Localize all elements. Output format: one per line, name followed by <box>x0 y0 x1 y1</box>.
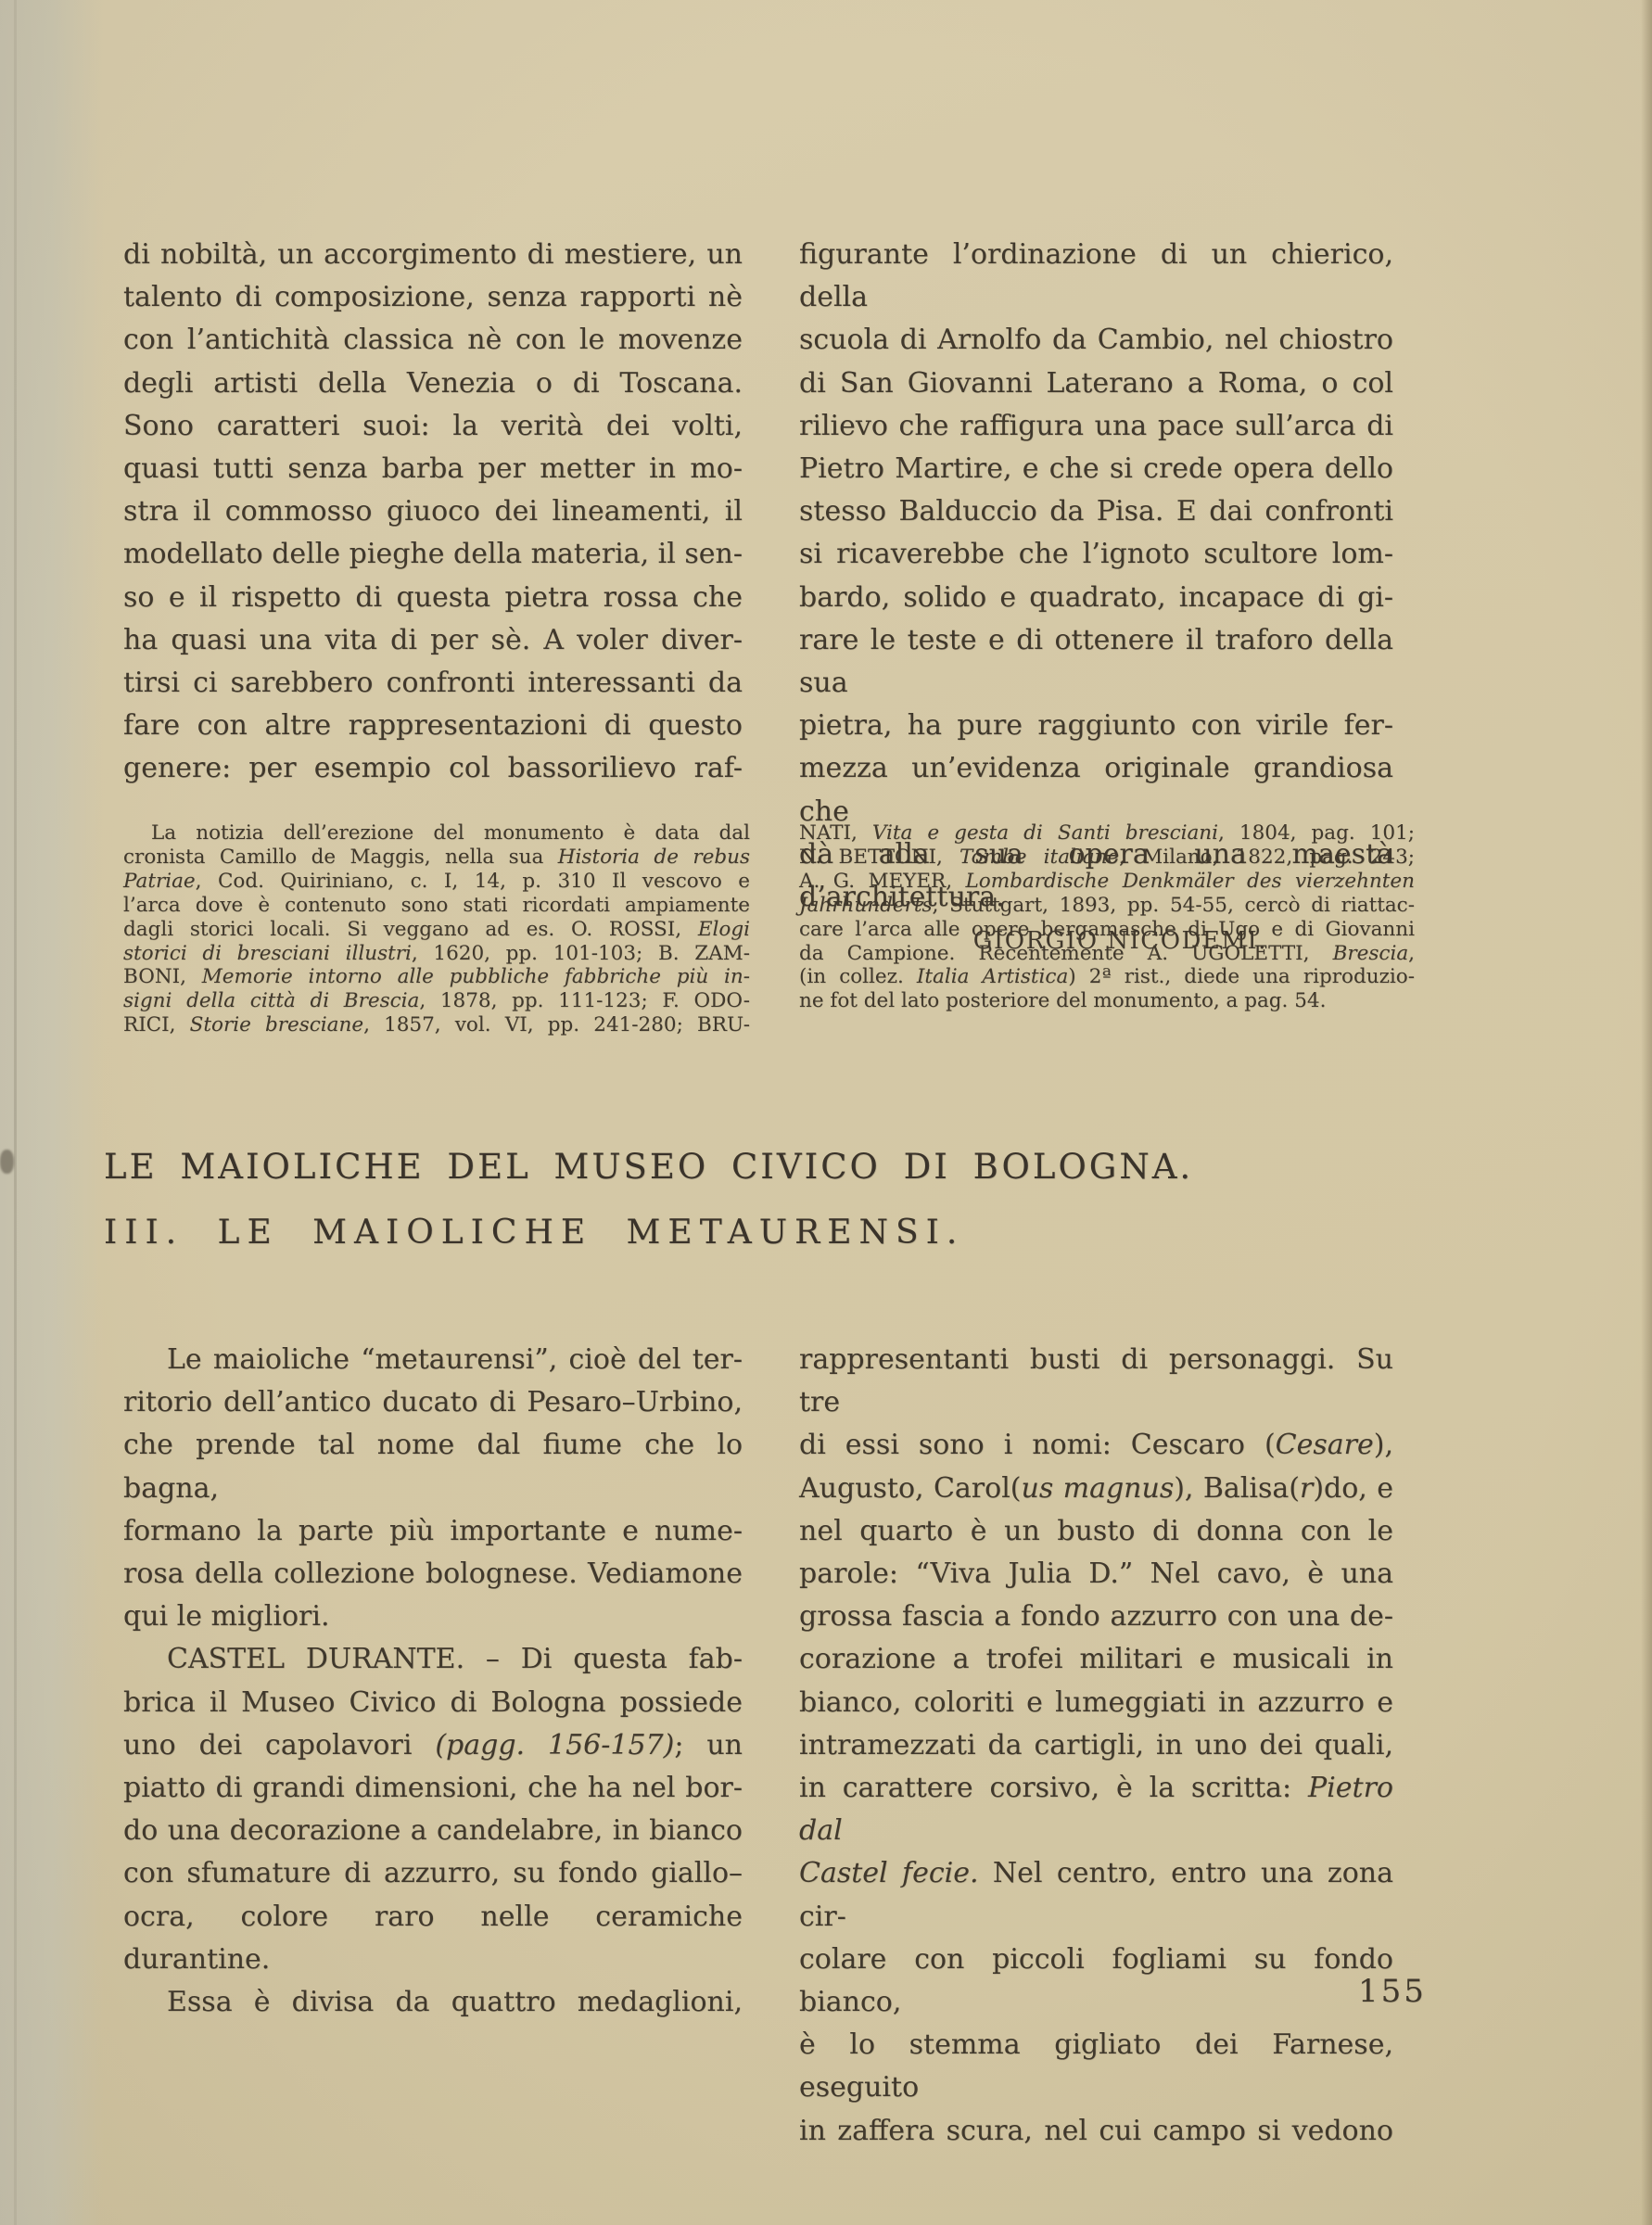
text-line: è lo stemma gigliato dei Farnese, esegui… <box>799 2024 1393 2109</box>
text-line: da Campione. Recentemente A. UGOLETTI, B… <box>799 942 1415 966</box>
text-line: storici di bresciani illustri, 1620, pp.… <box>123 942 750 966</box>
scan-edge-smudge <box>0 1150 14 1174</box>
text-line: rosa della collezione bolognese. Vediamo… <box>123 1553 743 1596</box>
text-line: tirsi ci sarebbero confronti interessant… <box>123 662 743 705</box>
text-line: parole: “Viva Julia D.” Nel cavo, è una <box>799 1553 1393 1596</box>
footnote-left-column: La notizia dell’erezione del monumento è… <box>123 821 750 1037</box>
text-line: degli artisti della Venezia o di Toscana… <box>123 362 743 405</box>
text-line: Patriae, Cod. Quiriniano, c. I, 14, p. 3… <box>123 870 750 894</box>
text-line: do una decorazione a candelabre, in bian… <box>123 1810 743 1852</box>
text-line: genere: per esempio col bassorilievo raf… <box>123 747 743 790</box>
text-line: ocra, colore raro nelle ceramiche durant… <box>123 1896 743 1981</box>
text-line: uno dei capolavori (pagg. 156-157); un <box>123 1724 743 1767</box>
text-line: pietra, ha pure raggiunto con virile fer… <box>799 705 1393 747</box>
text-line: modellato delle pieghe della materia, il… <box>123 533 743 576</box>
text-line: mezza un’evidenza originale grandiosa ch… <box>799 747 1393 833</box>
text-line: Jahrhunderts, Stuttgart, 1893, pp. 54-55… <box>799 894 1415 918</box>
text-line: dagli storici locali. Si veggano ad es. … <box>123 918 750 942</box>
text-line: qui le migliori. <box>123 1596 743 1638</box>
text-line: si ricaverebbe che l’ignoto scultore lom… <box>799 533 1393 576</box>
text-line: bianco, coloriti e lumeggiati in azzurro… <box>799 1682 1393 1724</box>
text-line: rappresentanti busti di personaggi. Su t… <box>799 1339 1393 1424</box>
text-line: Sono caratteri suoi: la verità dei volti… <box>123 405 743 448</box>
text-line: l’arca dove è contenuto sono stati ricor… <box>123 894 750 918</box>
text-line: in carattere corsivo, è la scritta: Piet… <box>799 1767 1393 1852</box>
text-line: nel quarto è un busto di donna con le <box>799 1510 1393 1553</box>
text-line: formano la parte più importante e nume- <box>123 1510 743 1553</box>
text-line: La notizia dell’erezione del monumento è… <box>123 821 750 845</box>
text-line: stesso Balduccio da Pisa. E dai confront… <box>799 490 1393 533</box>
text-line: fare con altre rappresentazioni di quest… <box>123 705 743 747</box>
text-line: Augusto, Carol(us magnus), Balisa(r)do, … <box>799 1468 1393 1510</box>
text-line: brica il Museo Civico di Bologna possied… <box>123 1682 743 1724</box>
text-line: figurante l’ordinazione di un chierico, … <box>799 234 1393 319</box>
article-top-left-column: di nobiltà, un accorgimento di mestiere,… <box>123 234 743 791</box>
text-line: N. BETTONI, Tombe italiane, Milano, 1822… <box>799 845 1415 870</box>
text-line: Le maioliche “metaurensi”, cioè del ter- <box>123 1339 743 1381</box>
text-line: ha quasi una vita di per sè. A voler div… <box>123 619 743 662</box>
article-bottom-left-column: Le maioliche “metaurensi”, cioè del ter-… <box>123 1339 743 2024</box>
scan-right-edge-shadow <box>1641 0 1652 2225</box>
article-title: LE MAIOLICHE DEL MUSEO CIVICO DI BOLOGNA… <box>104 1147 1402 1187</box>
page-number: 155 <box>1358 1973 1427 2010</box>
text-line: signi della città di Brescia, 1878, pp. … <box>123 989 750 1013</box>
article-bottom-right-column: rappresentanti busti di personaggi. Su t… <box>799 1339 1393 2153</box>
article-heading: LE MAIOLICHE DEL MUSEO CIVICO DI BOLOGNA… <box>104 1147 1402 1252</box>
text-line: cronista Camillo de Maggis, nella sua Hi… <box>123 845 750 870</box>
text-line: CASTEL DURANTE. – Di questa fab- <box>123 1638 743 1681</box>
article-top-right-text: figurante l’ordinazione di un chierico, … <box>799 234 1393 919</box>
text-line: (in collez. Italia Artistica) 2ª rist., … <box>799 965 1415 989</box>
text-line: Essa è divisa da quattro medaglioni, <box>123 1981 743 2024</box>
text-line: rilievo che raffigura una pace sull’arca… <box>799 405 1393 448</box>
text-line: intramezzati da cartigli, in uno dei qua… <box>799 1724 1393 1767</box>
text-line: rare le teste e di ottenere il traforo d… <box>799 619 1393 705</box>
text-line: che prende tal nome dal fiume che lo bag… <box>123 1424 743 1509</box>
article-subtitle: III. LE MAIOLICHE METAURENSI. <box>104 1214 1402 1252</box>
footnote-right-column: NATI, Vita e gesta di Santi bresciani, 1… <box>799 821 1415 1013</box>
text-line: Castel fecie. Nel centro, entro una zona… <box>799 1852 1393 1938</box>
text-line: so e il rispetto di questa pietra rossa … <box>123 577 743 619</box>
text-line: colare con piccoli fogliami su fondo bia… <box>799 1939 1393 2024</box>
text-line: ritorio dell’antico ducato di Pesaro–Urb… <box>123 1381 743 1424</box>
text-line: di nobiltà, un accorgimento di mestiere,… <box>123 234 743 276</box>
text-line: piatto di grandi dimensioni, che ha nel … <box>123 1767 743 1810</box>
text-line: care l’arca alle opere bergamasche di Ug… <box>799 918 1415 942</box>
text-line: RICI, Storie bresciane, 1857, vol. VI, p… <box>123 1013 750 1037</box>
text-line: A. G. MEYER, Lombardische Denkmäler des … <box>799 870 1415 894</box>
book-page-scan: { "page": { "number": "155", "paper_colo… <box>0 0 1652 2225</box>
text-line: di essi sono i nomi: Cescaro (Cesare), <box>799 1424 1393 1467</box>
text-line: talento di composizione, senza rapporti … <box>123 276 743 319</box>
text-line: corazione a trofei militari e musicali i… <box>799 1638 1393 1681</box>
scan-left-crease <box>14 0 17 2225</box>
text-line: NATI, Vita e gesta di Santi bresciani, 1… <box>799 821 1415 845</box>
text-line: di San Giovanni Laterano a Roma, o col <box>799 362 1393 405</box>
text-line: con l’antichità classica nè con le moven… <box>123 319 743 362</box>
text-line: scuola di Arnolfo da Cambio, nel chiostr… <box>799 319 1393 362</box>
text-line: grossa fascia a fondo azzurro con una de… <box>799 1596 1393 1638</box>
text-line: in zaffera scura, nel cui campo si vedon… <box>799 2110 1393 2153</box>
text-line: bardo, solido e quadrato, incapace di gi… <box>799 577 1393 619</box>
text-line: stra il commosso giuoco dei lineamenti, … <box>123 490 743 533</box>
text-line: BONI, Memorie intorno alle pubbliche fab… <box>123 965 750 989</box>
text-line: Pietro Martire, e che si crede opera del… <box>799 448 1393 490</box>
text-line: quasi tutti senza barba per metter in mo… <box>123 448 743 490</box>
text-line: ne fot del lato posteriore del monumento… <box>799 989 1415 1013</box>
text-line: con sfumature di azzurro, su fondo giall… <box>123 1852 743 1895</box>
